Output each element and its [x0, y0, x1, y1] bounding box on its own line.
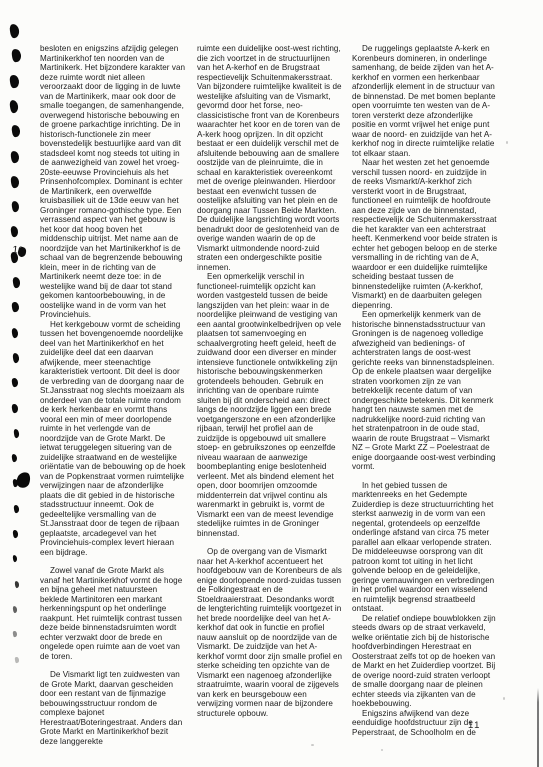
paragraph: besloten en enigszins afzijdig gelegen M… [40, 44, 186, 320]
text-column-1: besloten en enigszins afzijdig gelegen M… [40, 44, 186, 746]
binding-hole-mark [11, 403, 18, 413]
paragraph: In het gebied tussen de marktenreeks en … [352, 481, 498, 614]
handwritten-page-note: 10 [11, 244, 33, 260]
text-column-2: ruimte een duidelijke oost-west richting… [197, 44, 343, 718]
binding-hole-mark [14, 504, 20, 512]
page-edge-line [537, 688, 539, 767]
paragraph: Een opmerkelijk kenmerk van de historisc… [352, 310, 498, 472]
paragraph: Naar het westen zet het genoemde verschi… [352, 158, 498, 310]
binding-hole-mark [12, 454, 18, 463]
binding-hole-mark [15, 656, 19, 662]
binding-hole-mark [11, 49, 22, 63]
binding-hole-mark [13, 606, 18, 613]
paragraph: De relatief ondiepe bouwblokken zijn ste… [352, 614, 498, 709]
scanned-document-page: 10 besloten en enigszins afzijdig gelege… [0, 0, 543, 767]
binding-hole-mark [12, 530, 18, 538]
paragraph: Het kerkgebouw vormt de scheiding tussen… [40, 320, 186, 558]
binding-hole-mark [10, 150, 20, 163]
binding-hole-mark [9, 99, 19, 113]
paragraph: De Vismarkt ligt ten zuidwesten van de G… [40, 670, 186, 746]
binding-hole-mark [11, 327, 19, 338]
scan-speck [506, 141, 508, 144]
binding-hole-mark [13, 631, 18, 638]
paragraph: ruimte een duidelijke oost-west richting… [197, 44, 343, 272]
paragraph: Zowel vanaf de Grote Markt als vanaf het… [40, 566, 186, 661]
binding-hole-mark [11, 378, 18, 388]
binding-hole-mark [12, 201, 21, 213]
scan-speck [311, 744, 314, 746]
binding-hole-mark [12, 277, 20, 288]
text-column-3: De ruggelings geplaatste A-kerk en Koren… [352, 44, 498, 737]
binding-hole-mark [10, 175, 19, 188]
paragraph: Een opmerkelijk verschil in functioneel-… [197, 272, 343, 538]
ink-blob [15, 470, 32, 489]
page-number: 11 [468, 720, 481, 731]
binding-hole-mark [12, 555, 17, 563]
binding-hole-mark [11, 125, 21, 138]
binding-hole-mark [10, 226, 19, 238]
binding-hole-mark [11, 302, 19, 313]
binding-hole-mark [9, 23, 20, 38]
scan-speck [381, 749, 383, 751]
binding-hole-mark [13, 352, 21, 362]
binding-hole-mark [14, 580, 19, 587]
ink-blob-over-zero [17, 247, 26, 257]
paragraph: Op de overgang van de Vismarkt naar het … [197, 547, 343, 718]
paragraph: De ruggelings geplaatste A-kerk en Koren… [352, 44, 498, 158]
scan-speck [503, 697, 505, 700]
binding-hole-mark [9, 74, 19, 88]
binding-hole-mark [13, 428, 20, 437]
